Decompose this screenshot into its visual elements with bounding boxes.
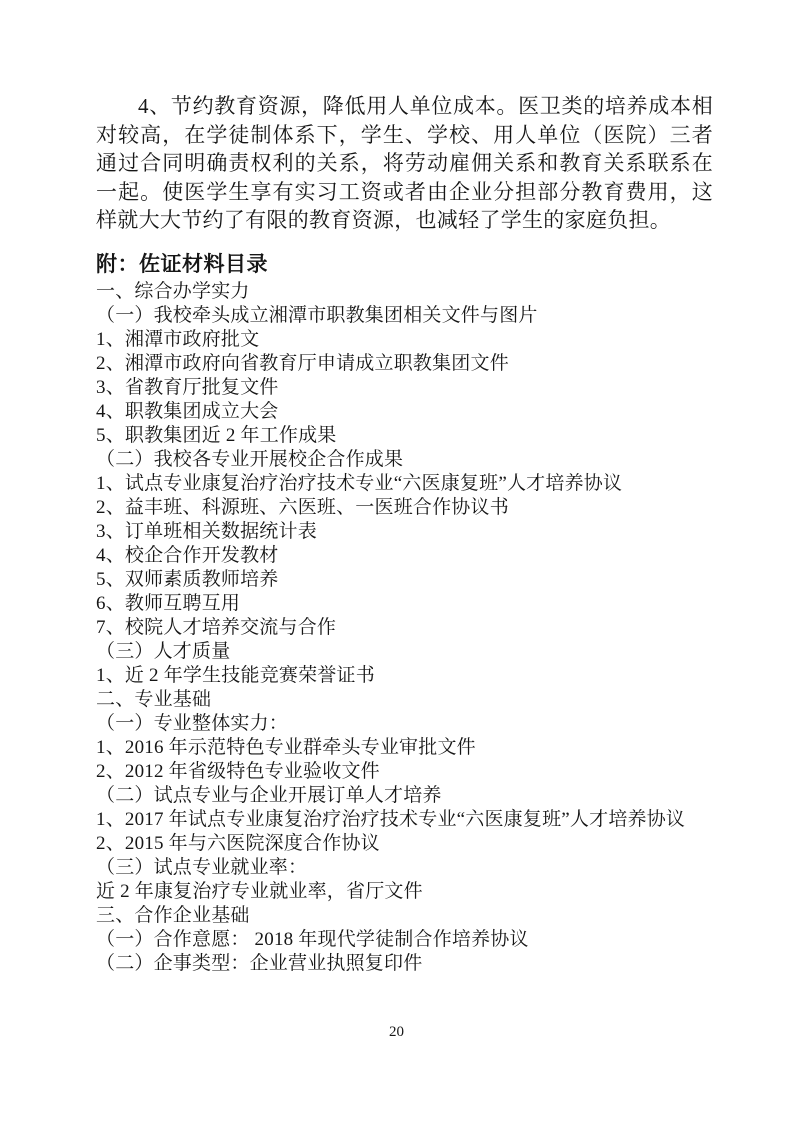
toc-line: 1、试点专业康复治疗治疗技术专业“六医康复班”人才培养协议 — [96, 472, 713, 496]
toc-line: （二）企事类型：企业营业执照复印件 — [96, 952, 713, 976]
toc-line: 1、2017 年试点专业康复治疗治疗技术专业“六医康复班”人才培养协议 — [96, 808, 713, 832]
page-content: 4、节约教育资源，降低用人单位成本。医卫类的培养成本相对较高，在学徒制体系下，学… — [96, 92, 713, 976]
toc-line: 1、2016 年示范特色专业群牵头专业审批文件 — [96, 736, 713, 760]
appendix-list: 一、综合办学实力 （一）我校牵头成立湘潭市职教集团相关文件与图片 1、湘潭市政府… — [96, 280, 713, 976]
toc-line: 1、近 2 年学生技能竞赛荣誉证书 — [96, 664, 713, 688]
toc-line: 7、校院人才培养交流与合作 — [96, 616, 713, 640]
toc-line: 6、教师互聘互用 — [96, 592, 713, 616]
toc-line: 2、2012 年省级特色专业验收文件 — [96, 760, 713, 784]
toc-line: 4、职教集团成立大会 — [96, 400, 713, 424]
toc-line: 4、校企合作开发教材 — [96, 544, 713, 568]
toc-line: 1、湘潭市政府批文 — [96, 328, 713, 352]
page-number: 20 — [0, 1024, 793, 1041]
toc-line: （三）人才质量 — [96, 640, 713, 664]
toc-line: （二）我校各专业开展校企合作成果 — [96, 448, 713, 472]
toc-line: 一、综合办学实力 — [96, 280, 713, 304]
toc-line: 5、双师素质教师培养 — [96, 568, 713, 592]
toc-line: （三）试点专业就业率： — [96, 856, 713, 880]
toc-line: （一）专业整体实力： — [96, 712, 713, 736]
toc-line: 近 2 年康复治疗专业就业率，省厅文件 — [96, 880, 713, 904]
toc-line: 5、职教集团近 2 年工作成果 — [96, 424, 713, 448]
toc-line: （一）合作意愿： 2018 年现代学徒制合作培养协议 — [96, 928, 713, 952]
toc-line: 2、益丰班、科源班、六医班、一医班合作协议书 — [96, 496, 713, 520]
toc-line: 三、合作企业基础 — [96, 904, 713, 928]
toc-line: 3、省教育厅批复文件 — [96, 376, 713, 400]
toc-line: （一）我校牵头成立湘潭市职教集团相关文件与图片 — [96, 304, 713, 328]
toc-line: 2、湘潭市政府向省教育厅申请成立职教集团文件 — [96, 352, 713, 376]
body-paragraph: 4、节约教育资源，降低用人单位成本。医卫类的培养成本相对较高，在学徒制体系下，学… — [96, 92, 713, 235]
toc-line: 2、2015 年与六医院深度合作协议 — [96, 832, 713, 856]
appendix-heading: 附：佐证材料目录 — [96, 251, 713, 278]
toc-line: 3、订单班相关数据统计表 — [96, 520, 713, 544]
toc-line: （二）试点专业与企业开展订单人才培养 — [96, 784, 713, 808]
toc-line: 二、专业基础 — [96, 688, 713, 712]
document-page: 4、节约教育资源，降低用人单位成本。医卫类的培养成本相对较高，在学徒制体系下，学… — [0, 0, 793, 1122]
